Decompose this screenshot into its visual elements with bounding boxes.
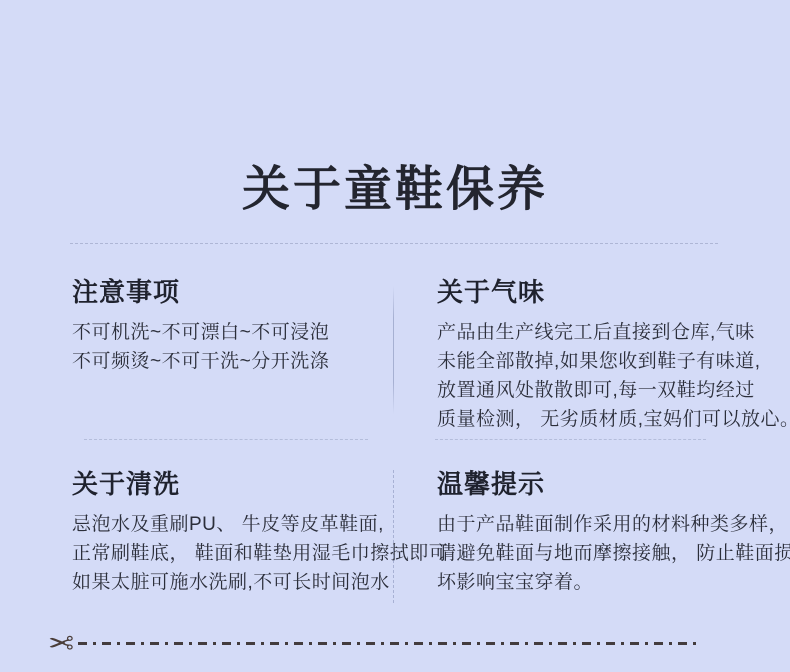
section-precautions-heading: 注意事项 xyxy=(72,272,329,309)
row-divider-right xyxy=(435,439,706,440)
section-tips-heading: 温馨提示 xyxy=(437,464,790,501)
section-odor-line: 未能全部散掉,如果您收到鞋子有味道, xyxy=(437,347,790,376)
section-cleaning-heading: 关于清洗 xyxy=(72,464,448,501)
dash-dot-cut-line xyxy=(78,642,698,645)
section-tips-line: 请避免鞋面与地而摩擦接触， 防止鞋面损 xyxy=(437,539,790,568)
section-cleaning-line: 正常刷鞋底， 鞋面和鞋垫用湿毛巾擦拭即可 xyxy=(72,539,448,568)
section-odor-line: 质量检测， 无劣质材质,宝妈们可以放心。 xyxy=(437,405,790,434)
section-cleaning-line: 如果太脏可施水洗刷,不可长时间泡水 xyxy=(72,568,448,597)
section-precautions-line: 不可机洗~不可漂白~不可浸泡 xyxy=(72,318,329,347)
section-tips-line: 由于产品鞋面制作采用的材料种类多样， xyxy=(437,510,790,539)
column-divider-top xyxy=(393,286,394,414)
section-precautions: 注意事项 不可机洗~不可漂白~不可浸泡 不可频烫~不可干洗~分开洗涤 xyxy=(72,272,329,376)
section-odor: 关于气味 产品由生产线完工后直接到仓库,气味 未能全部散掉,如果您收到鞋子有味道… xyxy=(437,272,790,434)
section-odor-line: 产品由生产线完工后直接到仓库,气味 xyxy=(437,318,790,347)
cut-line-row: ✂ xyxy=(48,624,728,662)
section-cleaning-line: 忌泡水及重刷PU、 牛皮等皮革鞋面, xyxy=(72,510,448,539)
shoe-care-info-page: 关于童鞋保养 注意事项 不可机洗~不可漂白~不可浸泡 不可频烫~不可干洗~分开洗… xyxy=(0,0,790,672)
section-tips-line: 坏影响宝宝穿着。 xyxy=(437,568,790,597)
section-tips: 温馨提示 由于产品鞋面制作采用的材料种类多样， 请避免鞋面与地而摩擦接触， 防止… xyxy=(437,464,790,597)
section-cleaning: 关于清洗 忌泡水及重刷PU、 牛皮等皮革鞋面, 正常刷鞋底， 鞋面和鞋垫用湿毛巾… xyxy=(72,464,448,597)
section-precautions-line: 不可频烫~不可干洗~分开洗涤 xyxy=(72,347,329,376)
page-title: 关于童鞋保养 xyxy=(0,150,790,219)
scissors-icon: ✂ xyxy=(48,628,74,659)
section-odor-heading: 关于气味 xyxy=(437,272,790,309)
title-divider xyxy=(70,243,718,244)
column-divider-bottom xyxy=(393,470,394,603)
section-odor-line: 放置通风处散散即可,每一双鞋均经过 xyxy=(437,376,790,405)
row-divider-left xyxy=(84,439,368,440)
